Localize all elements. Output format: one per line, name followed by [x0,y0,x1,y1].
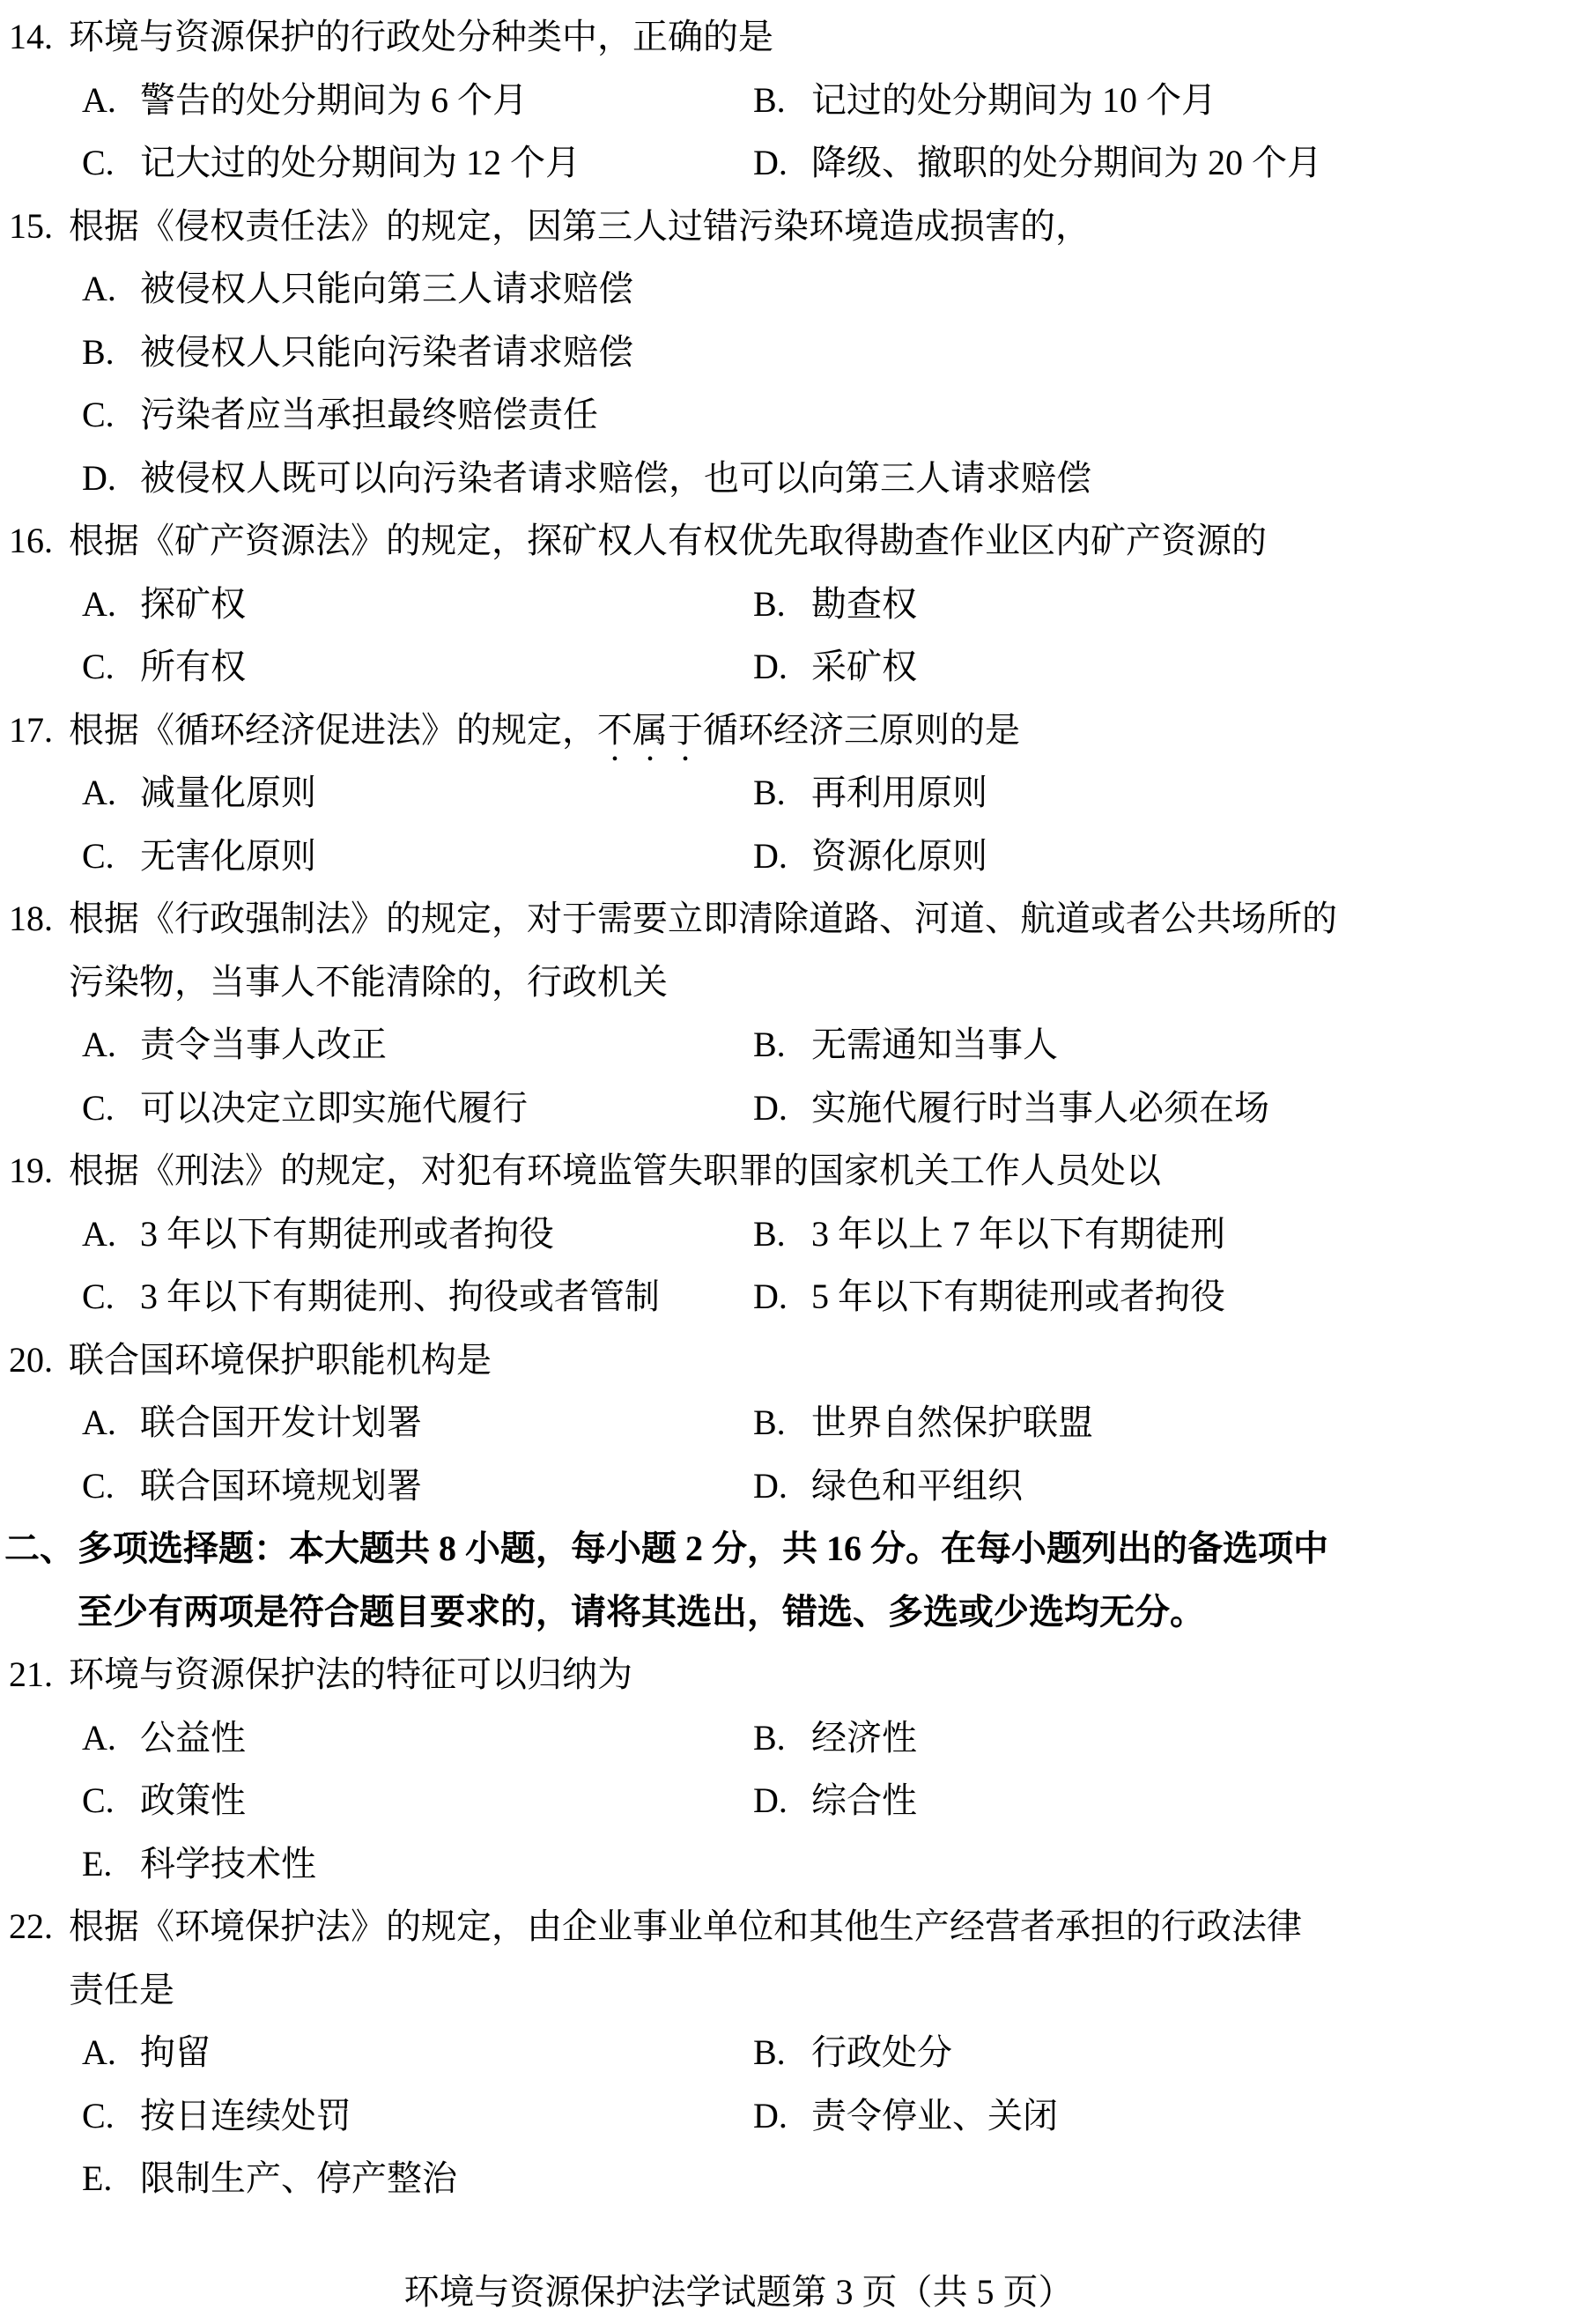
section-header-continuation: 至少有两项是符合题目要求的，请将其选出，错选、多选或少选均无分。 [78,1592,1205,1632]
question-22-stem-line2: 责任是 [0,1958,1590,2022]
question-16-options-ab: A.探矿权 B.勘查权 [0,573,1590,636]
option-letter: C. [82,2084,140,2148]
option-text: 经济性 [811,1718,917,1758]
question-stem-text: 根据《刑法》的规定，对犯有环境监管失职罪的国家机关工作人员处以 [69,1151,1161,1190]
option-d: D.资源化原则 [753,825,987,888]
section-2-header-line2: 至少有两项是符合题目要求的，请将其选出，错选、多选或少选均无分。 [0,1580,1590,1644]
option-letter: A. [82,1706,140,1770]
option-letter: B. [753,761,811,825]
option-d: D.5 年以下有期徒刑或者拘役 [753,1265,1225,1329]
option-text: 污染者应当承担最终赔偿责任 [140,395,598,434]
question-16-options-cd: C.所有权 D.采矿权 [0,635,1590,699]
option-letter: B. [753,1706,811,1770]
option-text: 限制生产、停产整治 [140,2158,457,2198]
option-b: B.世界自然保护联盟 [753,1391,1093,1454]
stem-post: 循环经济三原则的是 [703,710,1020,750]
option-letter: B. [82,321,140,384]
question-22-options-ab: A.拘留 B.行政处分 [0,2021,1590,2084]
option-text: 联合国开发计划署 [140,1403,422,1442]
option-d: D.采矿权 [753,635,917,699]
option-letter: D. [753,1265,811,1329]
option-text: 无害化原则 [140,836,316,876]
option-b: B.勘查权 [753,573,917,636]
option-letter: D. [753,1769,811,1832]
question-15-option-d: D.被侵权人既可以向污染者请求赔偿，也可以向第三人请求赔偿 [0,447,1590,510]
option-b: B.行政处分 [753,2021,952,2084]
question-20-options-cd: C.联合国环境规划署 D.绿色和平组织 [0,1454,1590,1518]
option-d: D.被侵权人既可以向污染者请求赔偿，也可以向第三人请求赔偿 [82,447,1091,510]
option-letter: A. [82,1203,140,1266]
question-stem-text: 联合国环境保护职能机构是 [69,1340,492,1380]
option-letter: B. [753,1203,811,1266]
option-b: B.记过的处分期间为 10 个月 [753,69,1217,132]
question-17-options-ab: A.减量化原则 B.再利用原则 [0,761,1590,825]
question-19-options-ab: A.3 年以下有期徒刑或者拘役 B.3 年以上 7 年以下有期徒刑 [0,1203,1590,1266]
question-stem-continuation: 污染物，当事人不能清除的，行政机关 [69,962,668,1002]
option-text: 世界自然保护联盟 [811,1403,1093,1442]
option-b: B.经济性 [753,1706,917,1770]
question-number: 16. [9,509,69,573]
option-text: 公益性 [140,1718,246,1758]
question-15-stem: 15.根据《侵权责任法》的规定，因第三人过错污染环境造成损害的， [0,195,1590,258]
option-a: A.联合国开发计划署 [82,1391,422,1454]
option-letter: A. [82,1391,140,1454]
question-stem-text: 根据《矿产资源法》的规定，探矿权人有权优先取得勘查作业区内矿产资源的 [69,521,1267,560]
option-letter: E. [82,1832,140,1896]
question-17-options-cd: C.无害化原则 D.资源化原则 [0,825,1590,888]
option-text: 责令停业、关闭 [811,2096,1058,2135]
option-text: 探矿权 [140,584,246,624]
option-text: 3 年以下有期徒刑、拘役或者管制 [140,1277,660,1316]
question-22-option-e: E.限制生产、停产整治 [0,2147,1590,2210]
option-text: 5 年以下有期徒刑或者拘役 [811,1277,1225,1316]
option-text: 可以决定立即实施代履行 [140,1088,528,1128]
option-letter: B. [753,1391,811,1454]
question-18-options-cd: C.可以决定立即实施代履行 D.实施代履行时当事人必须在场 [0,1077,1590,1140]
question-number: 15. [9,195,69,258]
option-d: D.实施代履行时当事人必须在场 [753,1077,1269,1140]
question-number: 17. [9,699,69,762]
question-stem-text: 根据《行政强制法》的规定，对于需要立即清除道路、河道、航道或者公共场所的 [69,899,1337,938]
option-a: A.警告的处分期间为 6 个月 [82,69,528,132]
option-text: 降级、撤职的处分期间为 20 个月 [811,143,1322,182]
question-number: 20. [9,1329,69,1392]
question-14-options-cd: C.记大过的处分期间为 12 个月 D.降级、撤职的处分期间为 20 个月 [0,131,1590,195]
question-stem-text: 根据《侵权责任法》的规定，因第三人过错污染环境造成损害的， [69,206,1091,246]
option-a: A.3 年以下有期徒刑或者拘役 [82,1203,554,1266]
question-21-options-cd: C.政策性 D.综合性 [0,1769,1590,1832]
option-d: D.综合性 [753,1769,917,1832]
question-15-option-b: B.被侵权人只能向污染者请求赔偿 [0,321,1590,384]
option-d: D.降级、撤职的处分期间为 20 个月 [753,131,1322,195]
section-header-text: 多项选择题：本大题共 8 小题，每小题 2 分，共 16 分。在每小题列出的备选… [78,1528,1328,1568]
option-d: D.责令停业、关闭 [753,2084,1058,2148]
option-c: C.联合国环境规划署 [82,1454,422,1518]
question-15-option-a: A.被侵权人只能向第三人请求赔偿 [0,257,1590,321]
option-letter: C. [82,1077,140,1140]
question-20-stem: 20.联合国环境保护职能机构是 [0,1329,1590,1392]
option-letter: A. [82,257,140,321]
question-number: 14. [9,5,69,69]
option-b: B.3 年以上 7 年以下有期徒刑 [753,1203,1225,1266]
option-letter: B. [753,1013,811,1077]
option-b: B.无需通知当事人 [753,1013,1058,1077]
option-text: 责令当事人改正 [140,1025,387,1064]
option-text: 再利用原则 [811,773,987,812]
question-14-options-ab: A.警告的处分期间为 6 个月 B.记过的处分期间为 10 个月 [0,69,1590,132]
option-letter: C. [82,635,140,699]
option-text: 联合国环境规划署 [140,1466,422,1506]
option-c: C.可以决定立即实施代履行 [82,1077,528,1140]
option-letter: C. [82,1769,140,1832]
question-21-stem: 21.环境与资源保护法的特征可以归纳为 [0,1643,1590,1706]
option-letter: B. [753,573,811,636]
question-21-option-e: E.科学技术性 [0,1832,1590,1896]
question-15-option-c: C.污染者应当承担最终赔偿责任 [0,383,1590,447]
option-letter: C. [82,1454,140,1518]
question-19-options-cd: C.3 年以下有期徒刑、拘役或者管制 D.5 年以下有期徒刑或者拘役 [0,1265,1590,1329]
option-text: 3 年以下有期徒刑或者拘役 [140,1214,554,1254]
option-a: A.探矿权 [82,573,246,636]
stem-pre: 根据《循环经济促进法》的规定， [69,710,597,750]
option-b: B.再利用原则 [753,761,987,825]
option-letter: C. [82,131,140,195]
option-e: E.科学技术性 [82,1832,316,1896]
option-letter: E. [82,2147,140,2210]
question-16-stem: 16.根据《矿产资源法》的规定，探矿权人有权优先取得勘查作业区内矿产资源的 [0,509,1590,573]
question-19-stem: 19.根据《刑法》的规定，对犯有环境监管失职罪的国家机关工作人员处以 [0,1139,1590,1203]
option-letter: D. [753,2084,811,2148]
option-letter: A. [82,1013,140,1077]
option-letter: D. [753,131,811,195]
option-c: C.记大过的处分期间为 12 个月 [82,131,581,195]
option-text: 资源化原则 [811,836,987,876]
option-c: C.无害化原则 [82,825,316,888]
question-21-options-ab: A.公益性 B.经济性 [0,1706,1590,1770]
option-text: 实施代履行时当事人必须在场 [811,1088,1269,1128]
option-letter: D. [753,1077,811,1140]
option-text: 科学技术性 [140,1844,316,1884]
option-text: 3 年以上 7 年以下有期徒刑 [811,1214,1225,1254]
option-c: C.3 年以下有期徒刑、拘役或者管制 [82,1265,660,1329]
option-text: 采矿权 [811,647,917,686]
option-letter: D. [753,825,811,888]
question-18-options-ab: A.责令当事人改正 B.无需通知当事人 [0,1013,1590,1077]
option-text: 勘查权 [811,584,917,624]
option-letter: B. [753,69,811,132]
question-number: 22. [9,1895,69,1958]
option-text: 绿色和平组织 [811,1466,1023,1506]
option-a: A.公益性 [82,1706,246,1770]
question-stem-text: 根据《循环经济促进法》的规定，不属于循环经济三原则的是 [69,710,1020,750]
option-text: 政策性 [140,1780,246,1820]
option-d: D.绿色和平组织 [753,1454,1023,1518]
question-number: 18. [9,887,69,951]
option-text: 拘留 [140,2032,211,2072]
option-text: 按日连续处罚 [140,2096,351,2135]
question-17-stem: 17.根据《循环经济促进法》的规定，不属于循环经济三原则的是 [0,699,1590,762]
exam-page: 14.环境与资源保护的行政处分种类中，正确的是 A.警告的处分期间为 6 个月 … [0,0,1590,2324]
option-c: C.政策性 [82,1769,246,1832]
option-text: 行政处分 [811,2032,952,2072]
option-letter: C. [82,1265,140,1329]
option-letter: C. [82,383,140,447]
option-letter: A. [82,573,140,636]
question-14-stem: 14.环境与资源保护的行政处分种类中，正确的是 [0,5,1590,69]
option-text: 被侵权人只能向污染者请求赔偿 [140,332,633,372]
option-text: 综合性 [811,1780,917,1820]
option-c: C.所有权 [82,635,246,699]
question-20-options-ab: A.联合国开发计划署 B.世界自然保护联盟 [0,1391,1590,1454]
option-text: 所有权 [140,647,246,686]
question-stem-text: 环境与资源保护法的特征可以归纳为 [69,1654,632,1694]
option-text: 被侵权人既可以向污染者请求赔偿，也可以向第三人请求赔偿 [140,458,1091,498]
question-22-options-cd: C.按日连续处罚 D.责令停业、关闭 [0,2084,1590,2148]
option-letter: C. [82,825,140,888]
option-text: 无需通知当事人 [811,1025,1058,1064]
option-a: A.被侵权人只能向第三人请求赔偿 [82,257,633,321]
option-e: E.限制生产、停产整治 [82,2147,457,2210]
question-22-stem-line1: 22.根据《环境保护法》的规定，由企业事业单位和其他生产经营者承担的行政法律 [0,1895,1590,1958]
question-stem-continuation: 责任是 [69,1970,174,2009]
section-number: 二、 [4,1517,78,1580]
option-text: 记过的处分期间为 10 个月 [811,80,1217,120]
option-letter: D. [82,447,140,510]
section-2-header-line1: 二、多项选择题：本大题共 8 小题，每小题 2 分，共 16 分。在每小题列出的… [0,1517,1590,1580]
option-text: 被侵权人只能向第三人请求赔偿 [140,269,633,308]
option-letter: B. [753,2021,811,2084]
question-number: 19. [9,1139,69,1203]
page-footer: 环境与资源保护法学试题第 3 页（共 5 页） [0,2266,1534,2319]
option-b: B.被侵权人只能向污染者请求赔偿 [82,321,633,384]
question-18-stem-line1: 18.根据《行政强制法》的规定，对于需要立即清除道路、河道、航道或者公共场所的 [0,887,1590,951]
question-number: 21. [9,1643,69,1706]
option-a: A.责令当事人改正 [82,1013,387,1077]
question-stem-text: 环境与资源保护的行政处分种类中，正确的是 [69,17,773,56]
option-letter: A. [82,2021,140,2084]
option-a: A.减量化原则 [82,761,316,825]
option-letter: D. [753,1454,811,1518]
option-text: 减量化原则 [140,773,316,812]
question-stem-text: 根据《环境保护法》的规定，由企业事业单位和其他生产经营者承担的行政法律 [69,1906,1302,1946]
option-text: 警告的处分期间为 6 个月 [140,80,528,120]
question-18-stem-line2: 污染物，当事人不能清除的，行政机关 [0,951,1590,1014]
option-letter: A. [82,69,140,132]
option-letter: D. [753,635,811,699]
stem-emphasized: 不属于 [597,710,703,750]
option-a: A.拘留 [82,2021,211,2084]
option-c: C.污染者应当承担最终赔偿责任 [82,383,598,447]
option-text: 记大过的处分期间为 12 个月 [140,143,581,182]
option-letter: A. [82,761,140,825]
option-c: C.按日连续处罚 [82,2084,351,2148]
